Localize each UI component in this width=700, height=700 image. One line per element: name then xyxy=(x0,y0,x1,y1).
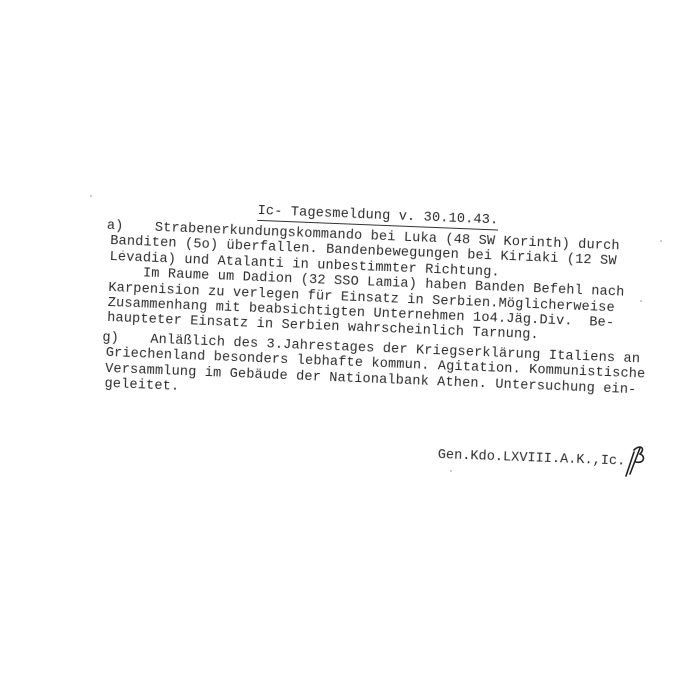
section-marker: a) xyxy=(107,219,124,235)
paper-speck xyxy=(450,470,452,472)
section-marker: g) xyxy=(102,330,119,346)
handwritten-initial-icon xyxy=(620,440,650,480)
paper-speck xyxy=(122,250,124,252)
paper-speck xyxy=(640,300,642,302)
paper-speck xyxy=(90,195,92,197)
document-body: Ic- Tagesmeldung v. 30.10.43. a) Straben… xyxy=(104,198,691,415)
paper-speck xyxy=(660,240,662,242)
document-page: Ic- Tagesmeldung v. 30.10.43. a) Straben… xyxy=(0,0,700,700)
signature-line: Gen.Kdo.LXVIII.A.K.,Ic. xyxy=(437,448,625,470)
